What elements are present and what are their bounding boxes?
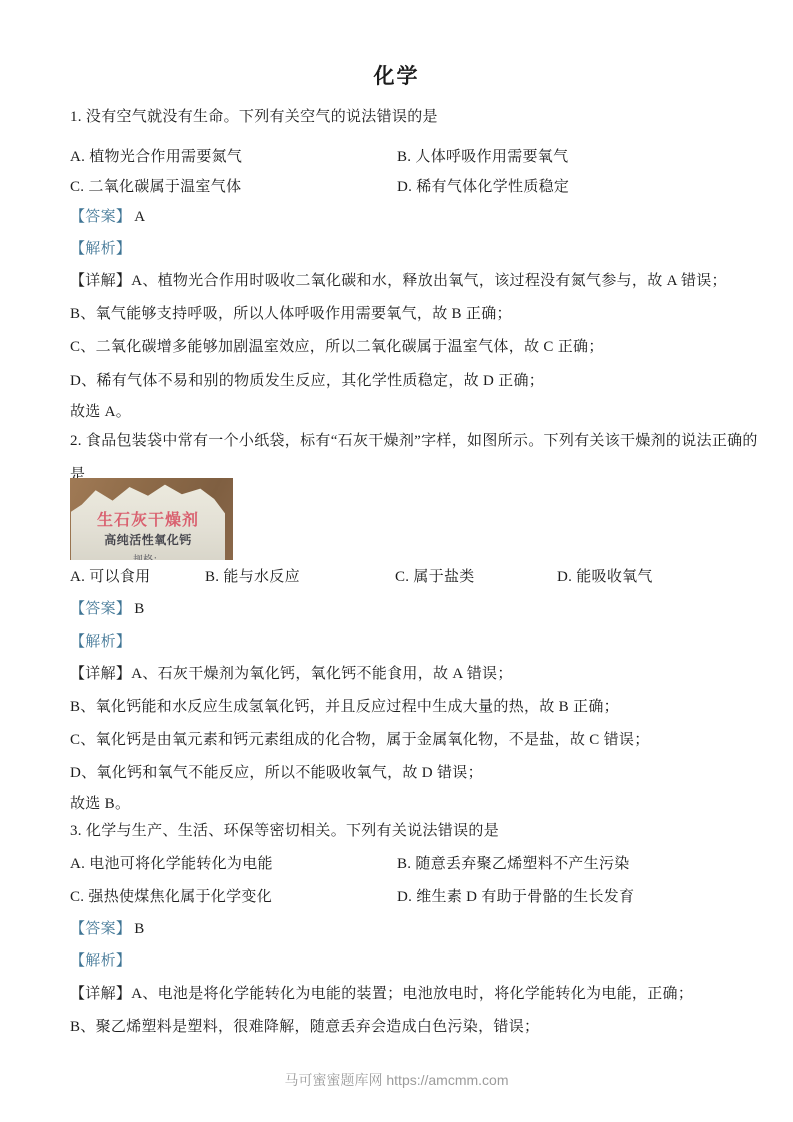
desiccant-packet: 生石灰干燥剂 高纯活性氧化钙 规格：: [71, 483, 225, 560]
question-1-options-row-1: A. 植物光合作用需要氮气 B. 人体呼吸作用需要氧气: [70, 145, 242, 166]
question-1-option-a: A. 植物光合作用需要氮气: [70, 149, 242, 165]
question-3-option-c: C. 强热使煤焦化属于化学变化: [70, 889, 272, 905]
question-2-option-d: D. 能吸收氧气: [557, 565, 653, 586]
question-1-option-d: D. 稀有气体化学性质稳定: [397, 175, 569, 196]
answer-label: 【答案】: [70, 209, 131, 225]
site-watermark: 马可蜜蜜题库网 https://amcmm.com: [0, 1070, 793, 1090]
exam-page: 化学 1. 没有空气就没有生命。下列有关空气的说法错误的是 A. 植物光合作用需…: [0, 0, 793, 1122]
question-3-stem: 3. 化学与生产、生活、环保等密切相关。下列有关说法错误的是: [70, 819, 499, 840]
question-1-detail-line: C、二氧化碳增多能够加剧温室效应，所以二氧化碳属于温室气体，故 C 正确；: [70, 335, 604, 356]
question-2-conclusion: 故选 B。: [70, 792, 130, 813]
analysis-label: 【解析】: [70, 949, 131, 970]
question-3-option-d: D. 维生素 D 有助于骨骼的生长发育: [397, 885, 634, 906]
answer-label: 【答案】: [70, 921, 131, 937]
question-2-answer-value: B: [134, 601, 144, 617]
question-2-detail-line: C、氧化钙是由氧元素和钙元素组成的化合物，属于金属氧化物，不是盐，故 C 错误；: [70, 728, 650, 749]
question-2-detail-line: 【详解】A、石灰干燥剂为氧化钙，氧化钙不能食用，故 A 错误；: [70, 662, 513, 683]
analysis-label: 【解析】: [70, 237, 131, 258]
question-1-detail-line: B、氧气能够支持呼吸，所以人体呼吸作用需要氧气，故 B 正确；: [70, 302, 512, 323]
question-1-detail-line: 【详解】A、植物光合作用时吸收二氧化碳和水，释放出氧气，该过程没有氮气参与，故 …: [70, 269, 727, 290]
question-1-answer-line: 【答案】A: [70, 205, 145, 226]
answer-label: 【答案】: [70, 601, 131, 617]
question-2-answer-line: 【答案】B: [70, 597, 145, 618]
packet-title: 生石灰干燥剂: [71, 507, 225, 530]
analysis-label: 【解析】: [70, 630, 131, 651]
question-1-options-row-2: C. 二氧化碳属于温室气体 D. 稀有气体化学性质稳定: [70, 175, 241, 196]
question-1-conclusion: 故选 A。: [70, 400, 131, 421]
question-1-stem: 1. 没有空气就没有生命。下列有关空气的说法错误的是: [70, 105, 438, 126]
question-2-detail-line: D、氧化钙和氧气不能反应，所以不能吸收氧气，故 D 错误；: [70, 761, 483, 782]
question-2-option-c: C. 属于盐类: [395, 565, 475, 586]
question-3-options-row-2: C. 强热使煤焦化属于化学变化 D. 维生素 D 有助于骨骼的生长发育: [70, 885, 272, 906]
question-2-option-a: A. 可以食用: [70, 569, 150, 585]
question-2-detail-line: B、氧化钙能和水反应生成氢氧化钙，并且反应过程中生成大量的热，故 B 正确；: [70, 695, 619, 716]
question-3-answer-line: 【答案】B: [70, 917, 145, 938]
question-3-options-row-1: A. 电池可将化学能转化为电能 B. 随意丢弃聚乙烯塑料不产生污染: [70, 852, 273, 873]
desiccant-photo: 生石灰干燥剂 高纯活性氧化钙 规格：: [70, 478, 233, 560]
question-3-detail-line: 【详解】A、电池是将化学能转化为电能的装置；电池放电时，将化学能转化为电能，正确…: [70, 982, 693, 1003]
packet-subtitle: 高纯活性氧化钙: [71, 531, 225, 548]
question-1-option-b: B. 人体呼吸作用需要氧气: [397, 145, 568, 166]
page-title: 化学: [0, 60, 793, 90]
question-2-option-b: B. 能与水反应: [205, 565, 300, 586]
packet-spec: 规格：: [71, 551, 225, 560]
question-3-answer-value: B: [134, 921, 144, 937]
question-1-answer-value: A: [134, 209, 145, 225]
question-1-detail-line: D、稀有气体不易和别的物质发生反应，其化学性质稳定，故 D 正确；: [70, 369, 544, 390]
question-3-detail-line: B、聚乙烯塑料是塑料，很难降解，随意丢弃会造成白色污染，错误；: [70, 1015, 539, 1036]
question-3-option-a: A. 电池可将化学能转化为电能: [70, 856, 273, 872]
question-1-option-c: C. 二氧化碳属于温室气体: [70, 179, 241, 195]
question-2-options-row: A. 可以食用 B. 能与水反应 C. 属于盐类 D. 能吸收氧气: [70, 565, 150, 586]
question-3-option-b: B. 随意丢弃聚乙烯塑料不产生污染: [397, 852, 630, 873]
